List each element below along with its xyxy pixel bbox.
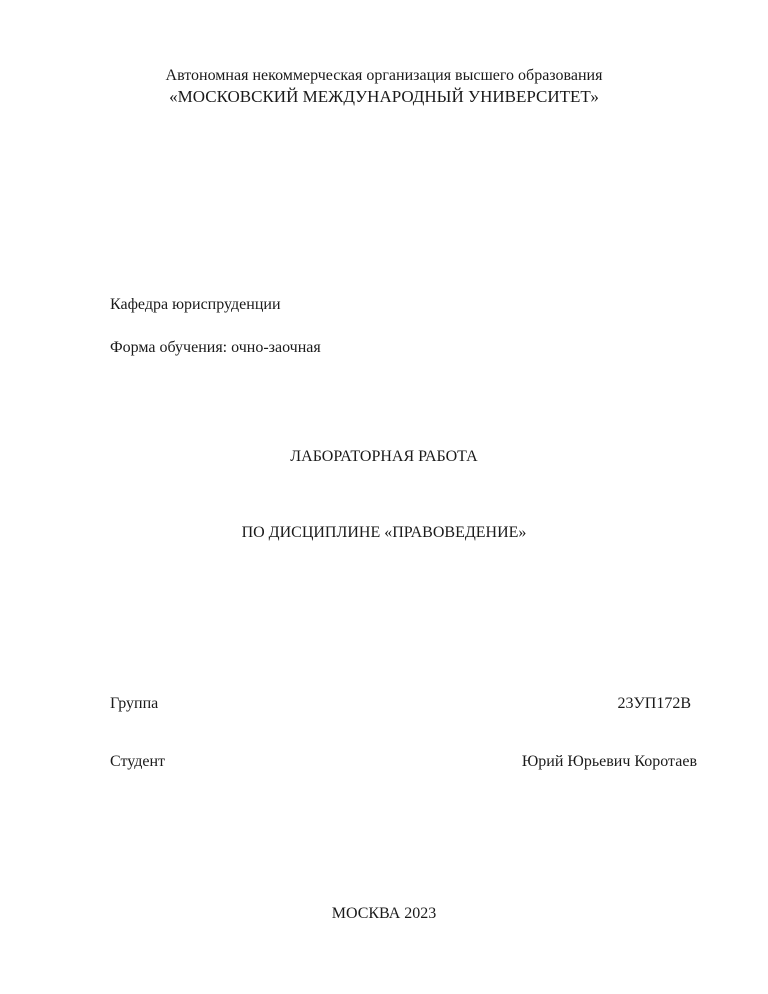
work-type-heading: ЛАБОРАТОРНАЯ РАБОТА	[0, 449, 768, 465]
student-name: Юрий Юрьевич Коротаев	[522, 754, 697, 770]
group-value: 23УП172В	[617, 696, 691, 712]
study-form: Форма обучения: очно-заочная	[110, 340, 321, 356]
group-label: Группа	[110, 696, 158, 712]
student-label: Студент	[110, 754, 165, 770]
organization-name: Автономная некоммерческая организация вы…	[0, 68, 768, 84]
city-year: МОСКВА 2023	[0, 906, 768, 922]
university-name: «МОСКОВСКИЙ МЕЖДУНАРОДНЫЙ УНИВЕРСИТЕТ»	[0, 88, 768, 105]
discipline-heading: ПО ДИСЦИПЛИНЕ «ПРАВОВЕДЕНИЕ»	[0, 525, 768, 541]
department: Кафедра юриспруденции	[110, 297, 281, 313]
